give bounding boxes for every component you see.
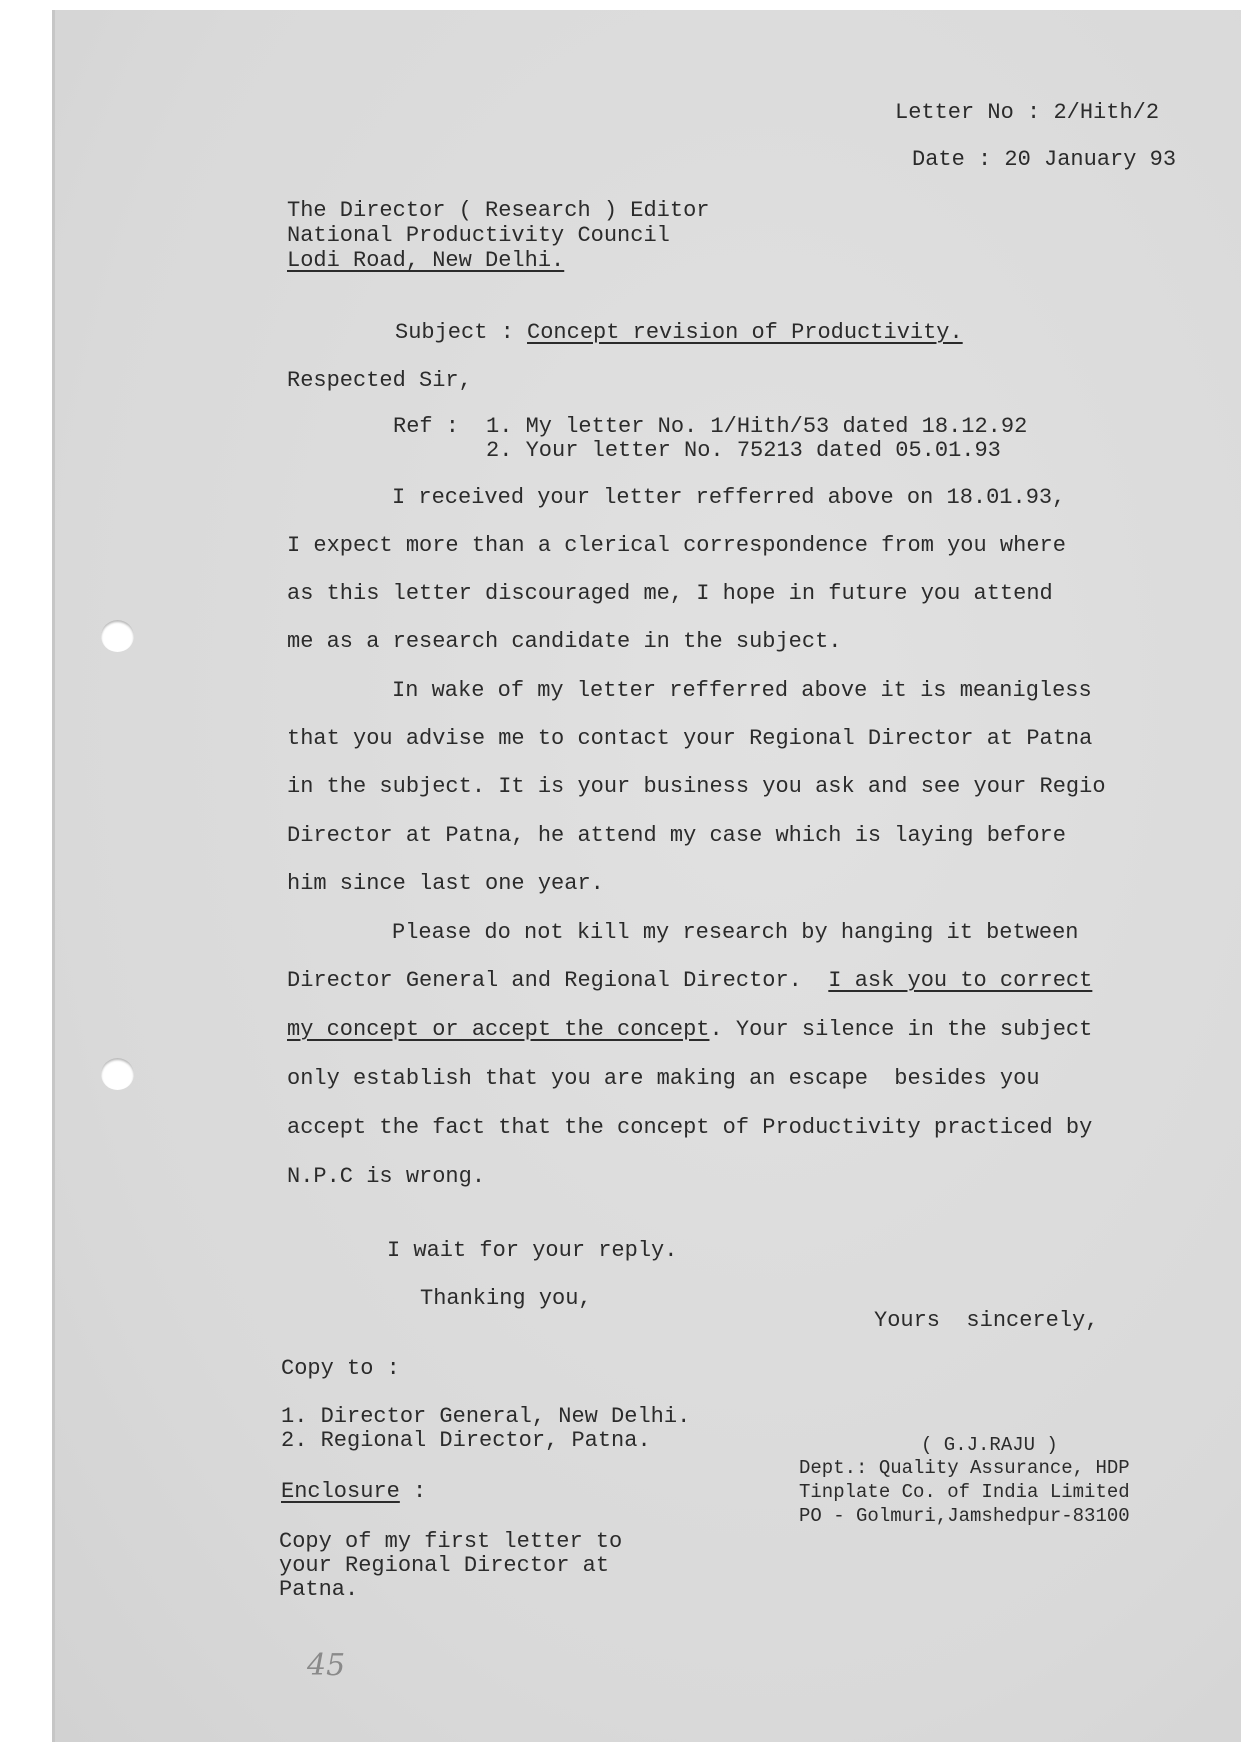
body-line: N.P.C is wrong. bbox=[287, 1164, 485, 1190]
letter-date: Date : 20 January 93 bbox=[912, 147, 1176, 173]
body-line: I expect more than a clerical correspond… bbox=[287, 533, 1066, 559]
body-line: Please do not kill my research by hangin… bbox=[392, 920, 1079, 946]
body-line: in the subject. It is your business you … bbox=[287, 774, 1106, 800]
reference-item: 1. My letter No. 1/Hith/53 dated 18.12.9… bbox=[486, 414, 1027, 440]
sign-off: Yours sincerely, bbox=[874, 1308, 1098, 1334]
body-line: me as a research candidate in the subjec… bbox=[287, 629, 842, 655]
recipient-line-3: Lodi Road, New Delhi. bbox=[287, 248, 564, 274]
letter-number: Letter No : 2/Hith/2 bbox=[895, 100, 1159, 126]
body-line: him since last one year. bbox=[287, 871, 604, 897]
subject-text: Concept revision of Productivity. bbox=[527, 320, 963, 345]
body-line: Director General and Regional Director. … bbox=[287, 968, 1092, 994]
signatory-address: PO - Golmuri,Jamshedpur-83100 bbox=[799, 1504, 1130, 1528]
recipient-line-1: The Director ( Research ) Editor bbox=[287, 198, 709, 224]
reference-label: Ref : bbox=[393, 414, 459, 440]
thanks-line: Thanking you, bbox=[420, 1286, 592, 1312]
copy-to-label: Copy to : bbox=[281, 1356, 400, 1382]
signatory-dept: Dept.: Quality Assurance, HDP bbox=[799, 1456, 1130, 1480]
body-line: as this letter discouraged me, I hope in… bbox=[287, 581, 1053, 607]
signatory-company: Tinplate Co. of India Limited bbox=[799, 1480, 1130, 1504]
salutation: Respected Sir, bbox=[287, 368, 472, 394]
body-line: accept the fact that the concept of Prod… bbox=[287, 1115, 1092, 1141]
closing-line: I wait for your reply. bbox=[387, 1238, 677, 1264]
punch-hole bbox=[101, 620, 134, 652]
body-line: In wake of my letter refferred above it … bbox=[392, 678, 1092, 704]
enclosure-line: Patna. bbox=[279, 1577, 358, 1603]
recipient-line-2: National Productivity Council bbox=[287, 223, 670, 249]
subject-line: Subject : Concept revision of Productivi… bbox=[395, 320, 963, 346]
enclosure-line: Copy of my first letter to bbox=[279, 1529, 622, 1555]
paper-edge bbox=[52, 10, 55, 1742]
enclosure-line: your Regional Director at bbox=[279, 1553, 609, 1579]
punch-hole bbox=[101, 1058, 134, 1090]
body-line: my concept or accept the concept. Your s… bbox=[287, 1017, 1092, 1043]
subject-label: Subject : bbox=[395, 320, 514, 345]
emphasis-underline: I ask you to correct bbox=[828, 968, 1092, 993]
emphasis-underline: my concept or accept the concept bbox=[287, 1017, 709, 1042]
body-line: only establish that you are making an es… bbox=[287, 1066, 1040, 1092]
reference-item: 2. Your letter No. 75213 dated 05.01.93 bbox=[486, 438, 1001, 464]
copy-to-item: 1. Director General, New Delhi. bbox=[281, 1404, 690, 1430]
handwritten-page-number: 45 bbox=[307, 1648, 345, 1683]
enclosure-label: Enclosure : bbox=[281, 1479, 426, 1505]
body-line: I received your letter refferred above o… bbox=[392, 485, 1065, 511]
copy-to-item: 2. Regional Director, Patna. bbox=[281, 1428, 651, 1454]
body-line: Director at Patna, he attend my case whi… bbox=[287, 823, 1066, 849]
body-line: that you advise me to contact your Regio… bbox=[287, 726, 1092, 752]
signatory-name: ( G.J.RAJU ) bbox=[921, 1432, 1058, 1458]
